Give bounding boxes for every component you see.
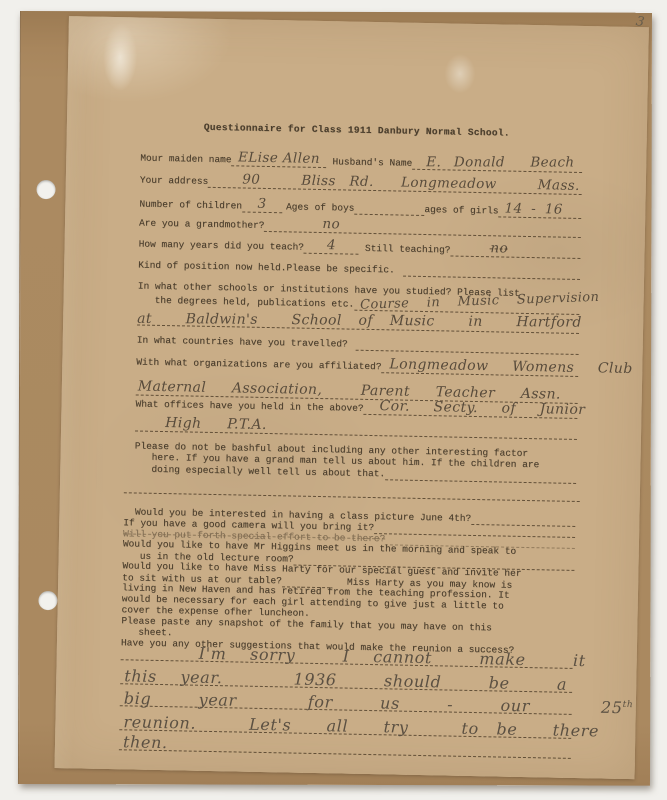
field-position: Kind of position now held.Please be spec… bbox=[138, 259, 580, 280]
field-label: Mour maiden name bbox=[140, 153, 231, 167]
field-maiden-name: Mour maiden name ELise Allen Husband's N… bbox=[140, 152, 582, 173]
field-countries: In what countries have you travelled? bbox=[137, 333, 579, 354]
handwritten-answer: 3 bbox=[257, 198, 266, 211]
handwritten-answer: High P.T.A. bbox=[165, 417, 267, 432]
field-organizations: With what organizations are you affiliat… bbox=[136, 355, 578, 376]
cardboard-backing: 3 Questionnaire for Class 1911 Danbury N… bbox=[18, 11, 652, 786]
field-children: Number of children 3 Ages of boys ages o… bbox=[139, 198, 581, 219]
form-content: Questionnaire for Class 1911 Danbury Nor… bbox=[55, 16, 649, 779]
field-label: Husband's Name bbox=[326, 156, 412, 170]
scanned-document: { "page_number": "3", "doc": { "title": … bbox=[0, 0, 667, 800]
answer-line bbox=[385, 467, 576, 484]
field-label: Your address bbox=[140, 175, 209, 188]
field-label: With what organizations are you affiliat… bbox=[136, 356, 381, 373]
handwritten-answer: at Baldwin's School of Music in Hartford bbox=[137, 313, 582, 330]
note-text: doing especially well tell us about that… bbox=[134, 463, 385, 480]
field-label: Are you a grandmother? bbox=[139, 218, 265, 232]
answer-line bbox=[403, 264, 581, 280]
answer-line: ELise Allen bbox=[231, 153, 326, 168]
handwritten-answer: then. bbox=[123, 735, 168, 749]
answer-line: no bbox=[450, 243, 580, 258]
punch-hole-bottom bbox=[38, 591, 57, 610]
answer-line: High P.T.A. bbox=[135, 418, 577, 439]
field-label: Number of children bbox=[139, 199, 242, 213]
handwritten-answer: no bbox=[490, 242, 508, 255]
handwritten-answer: I'm sorry I cannot make it bbox=[199, 647, 586, 667]
field-label: In what countries have you travelled? bbox=[137, 334, 348, 350]
field-grandmother: Are you a grandmother? no bbox=[139, 217, 581, 238]
handwritten-answer: no bbox=[322, 218, 340, 231]
handwritten-answer: 90 Bliss Rd. Longmeadow Mass. bbox=[242, 173, 580, 192]
field-label: How many years did you teach? bbox=[139, 239, 305, 254]
answer-line: 4 bbox=[304, 241, 359, 255]
handwritten-answer: 14 - 16 bbox=[504, 203, 563, 217]
handwritten-answer: E. Donald Beach bbox=[426, 156, 574, 169]
handwritten-answer: Cor. Secty. of Junior bbox=[379, 400, 585, 417]
field-years-taught: How many years did you teach? 4 Still te… bbox=[139, 238, 581, 259]
punch-hole-top bbox=[37, 180, 56, 199]
handwritten-answer: 4 bbox=[327, 239, 336, 252]
answer-line: 90 Bliss Rd. Longmeadow Mass. bbox=[208, 175, 582, 195]
field-label: Ages of boys bbox=[282, 201, 355, 214]
form-title: Questionnaire for Class 1911 Danbury Nor… bbox=[131, 120, 583, 140]
field-label: Still teaching? bbox=[359, 243, 451, 257]
answer-line bbox=[354, 202, 424, 216]
answer-line: 14 - 16 bbox=[498, 204, 581, 219]
answer-line: 3 bbox=[242, 199, 282, 213]
field-address: Your address 90 Bliss Rd. Longmeadow Mas… bbox=[140, 174, 582, 195]
field-label: Kind of position now held.Please be spec… bbox=[138, 260, 395, 277]
answer-line: Longmeadow Womens Club bbox=[381, 360, 578, 377]
questionnaire-page: Questionnaire for Class 1911 Danbury Nor… bbox=[55, 16, 649, 779]
superscript-th: th bbox=[623, 700, 634, 710]
separator-line bbox=[124, 492, 580, 502]
answer-line: at Baldwin's School of Music in Hartford bbox=[137, 312, 579, 333]
handwritten-answer: ELise Allen bbox=[238, 151, 320, 166]
answer-line bbox=[356, 338, 579, 355]
answer-line: no bbox=[264, 219, 581, 238]
field-label: ages of girls bbox=[424, 204, 498, 217]
handwritten-answer: Longmeadow Womens Club bbox=[389, 358, 632, 376]
answer-line: then. bbox=[119, 737, 571, 759]
answer-line: E. Donald Beach bbox=[412, 157, 582, 173]
